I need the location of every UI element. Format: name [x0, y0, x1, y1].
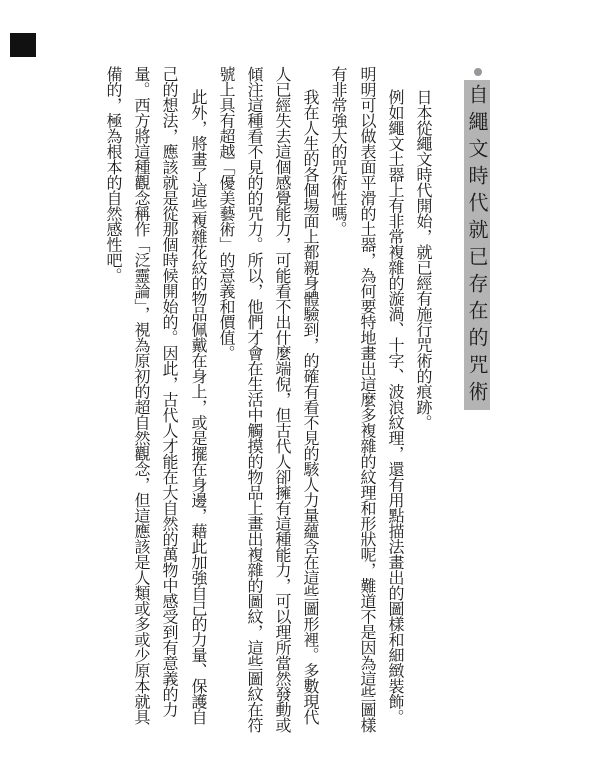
- text-column: 有非常強大的咒術性嗎。: [330, 66, 346, 237]
- page-corner-mark: [10, 33, 36, 57]
- text-column: 明明可以做表面平滑的土器，為何要特地畫出這麼多複雜的紋理和形狀呢，難道不是因為這…: [359, 66, 375, 733]
- text-column: 我在人生的各個場面上都親身體驗到，的確有看不見的駭人力量蘊含在這些圖形裡。多數現…: [302, 89, 318, 725]
- text-column: 日本從繩文時代開始，就已經有施行咒術的痕跡。: [415, 89, 431, 430]
- title-bullet-icon: [474, 68, 482, 76]
- text-column: 此外，將畫了這些複雜花紋的物品佩戴在身上，或是擺在身邊，藉此加強自己的力量、保護…: [190, 89, 206, 725]
- text-column: 備的，極為根本的自然感性吧。: [105, 66, 121, 283]
- chapter-title: 自繩文時代就已存在的咒術: [464, 80, 490, 410]
- text-column: 例如繩文土器上有非常複雜的漩渦、十字、波浪紋理，還有用點描法畫出的圖樣和細緻裝飾…: [387, 89, 403, 725]
- text-column: 己的想法，應該就是從那個時候開始的。因此，古代人才能在大自然的萬物中感受到有意義…: [161, 66, 177, 717]
- text-column: 號上具有超越「優美藝術」的意義和價值。: [218, 66, 234, 361]
- text-column: 量。西方將這種觀念稱作「泛靈論」，視為原初的超自然觀念，但這應該是人類或多或少原…: [133, 66, 149, 725]
- book-page: 自繩文時代就已存在的咒術 日本從繩文時代開始，就已經有施行咒術的痕跡。 例如繩文…: [0, 0, 600, 772]
- text-column: 傾注這種看不見的的咒力。所以，他們才會在生活中觸摸的物品上畫出複雜的圖紋，這些圖…: [246, 66, 262, 733]
- text-column: 人已經失去這個感覺能力，可能看不出什麼端倪，但古代人卻擁有這種能力，可以理所當然…: [274, 66, 290, 733]
